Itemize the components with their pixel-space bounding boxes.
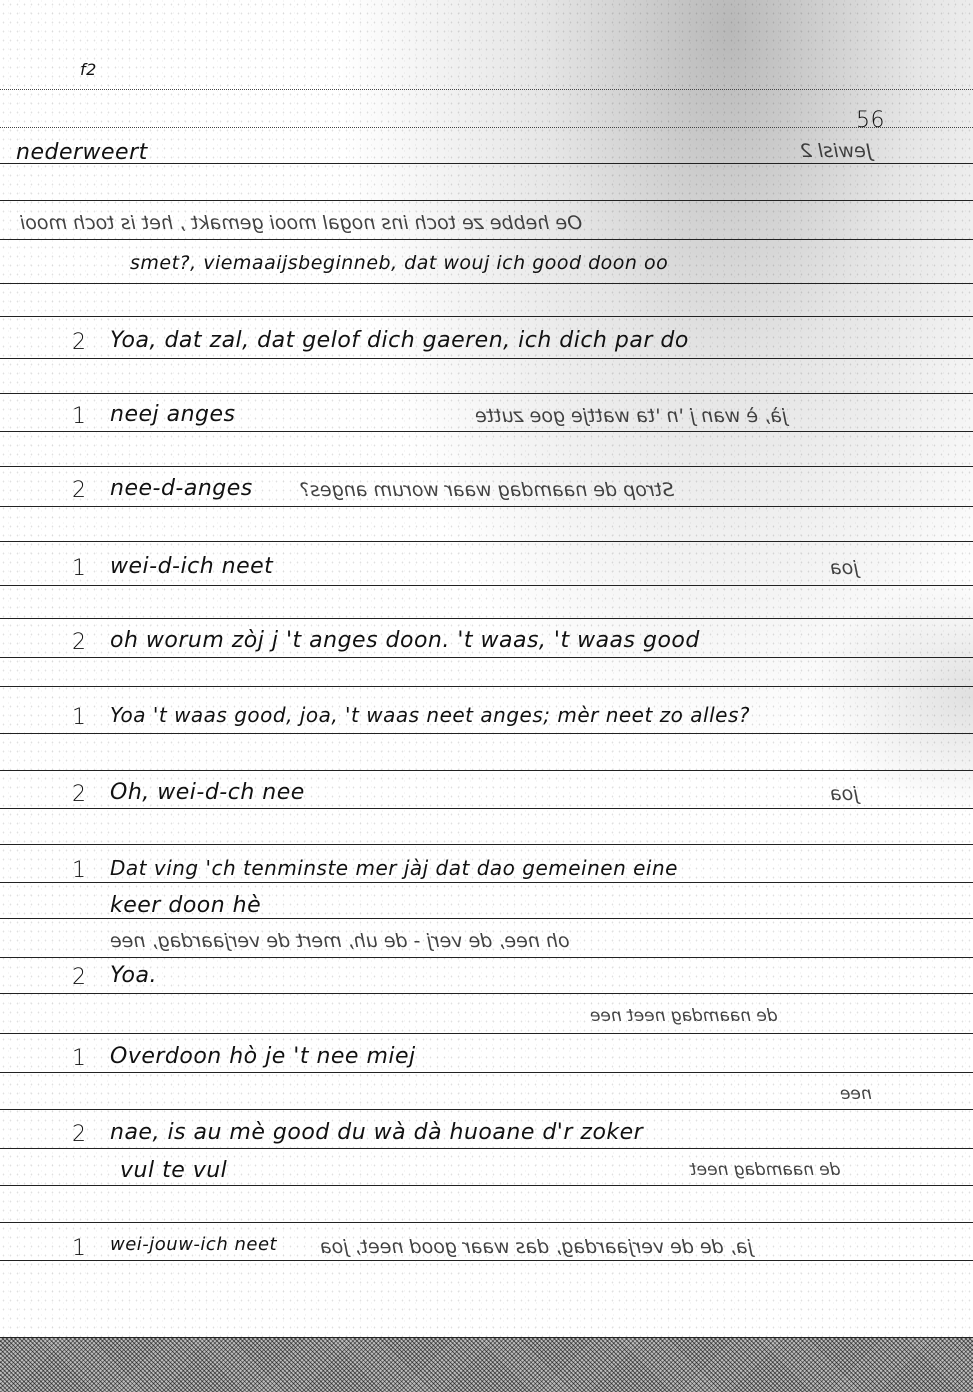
- ruled-line: [0, 200, 973, 201]
- ruled-line: [0, 1148, 973, 1149]
- speaker-number: 2: [72, 965, 87, 990]
- mirrored-line: de naamdag neet nee: [590, 1006, 778, 1026]
- ruled-line: [0, 89, 973, 90]
- speaker-number: 2: [72, 478, 87, 503]
- ruled-line: [0, 466, 973, 467]
- speaker-number: 1: [72, 858, 87, 883]
- ruled-line: [0, 316, 973, 317]
- ruled-line: [0, 844, 973, 845]
- ruled-line: [0, 882, 973, 883]
- ruled-line: [0, 431, 973, 432]
- page-number: 56: [856, 108, 885, 133]
- mirrored-line: joa: [830, 557, 859, 579]
- mirrored-line: jà, è wan j 'n 'ta wattje goe zutte: [475, 405, 787, 427]
- mirrored-line: nee: [840, 1084, 872, 1104]
- transcript-line: keer doon hè: [110, 893, 261, 918]
- ruled-line: [0, 1033, 973, 1034]
- speaker-number: 2: [72, 630, 87, 655]
- transcript-line: Overdoon hò je 't nee miej: [110, 1044, 416, 1069]
- place-name: nederweert: [16, 140, 148, 165]
- ruled-line: [0, 733, 973, 734]
- mirrored-line: Strop de naamdag waar worum anges?: [300, 479, 674, 501]
- ruled-line: [0, 393, 973, 394]
- ruled-line: [0, 127, 973, 128]
- ruled-line: [0, 957, 973, 958]
- mirrored-header: Jewisl 2: [800, 140, 871, 162]
- transcript-line: Dat ving 'ch tenminste mer jàj dat dao g…: [110, 856, 678, 880]
- mirrored-line: de naamdag neet: [690, 1160, 841, 1180]
- transcript-line: neej anges: [110, 402, 236, 427]
- ruled-line: [0, 808, 973, 809]
- mirrored-line: oh nee, de verj - de uh, mert de verjaar…: [110, 930, 570, 952]
- transcript-line: Yoa, dat zal, dat gelof dich gaeren, ich…: [110, 328, 689, 353]
- transcript-line: wei-d-ich neet: [110, 554, 273, 579]
- speaker-number: 2: [72, 782, 87, 807]
- ruled-line: [0, 358, 973, 359]
- mirrored-line: joa: [830, 783, 859, 805]
- transcript-line: vul te vul: [120, 1158, 227, 1183]
- speaker-number: 1: [72, 404, 87, 429]
- speaker-number: 2: [72, 330, 87, 355]
- ruled-line: [0, 1222, 973, 1223]
- scanned-page: [0, 0, 973, 1392]
- transcript-line: nae, is au mè good du wà dà huoane d'r z…: [110, 1120, 643, 1145]
- ruled-line: [0, 770, 973, 771]
- speaker-number: 2: [72, 1122, 87, 1147]
- ruled-line: [0, 1260, 973, 1261]
- transcript-line: nee-d-anges: [110, 476, 253, 501]
- scan-edge-band: [0, 1338, 973, 1392]
- ruled-line: [0, 283, 973, 284]
- speaker-number: 1: [72, 705, 87, 730]
- speaker-number: 1: [72, 1046, 87, 1071]
- ruled-line: [0, 993, 973, 994]
- ruled-line: [0, 585, 973, 586]
- transcript-line: oh worum zòj j 't anges doon. 't waas, '…: [110, 628, 700, 653]
- ruled-line: [0, 1072, 973, 1073]
- ruled-line: [0, 618, 973, 619]
- speaker-number: 1: [72, 1236, 87, 1261]
- transcript-line: Yoa 't waas good, joa, 't waas neet ange…: [110, 703, 750, 727]
- speaker-number: 1: [72, 556, 87, 581]
- ruled-line: [0, 541, 973, 542]
- transcript-line: wei-jouw-ich neet: [110, 1234, 277, 1255]
- ruled-line: [0, 1109, 973, 1110]
- mirrored-line: Oe hebbe ze toch ins nogal mooi gemakt ,…: [20, 212, 582, 234]
- transcript-line: Yoa.: [110, 963, 157, 988]
- corner-mark: f2: [80, 60, 97, 79]
- transcript-line: Oh, wei-d-ch nee: [110, 780, 305, 805]
- ruled-line: [0, 657, 973, 658]
- ruled-line: [0, 918, 973, 919]
- transcript-line: smet?, viemaaijsbeginneb, dat wouj ich g…: [130, 252, 668, 274]
- ruled-line: [0, 239, 973, 240]
- ruled-line: [0, 506, 973, 507]
- ruled-line: [0, 686, 973, 687]
- ruled-line: [0, 1185, 973, 1186]
- mirrored-line: ja, de de verjaardag, das waar good neet…: [320, 1236, 753, 1258]
